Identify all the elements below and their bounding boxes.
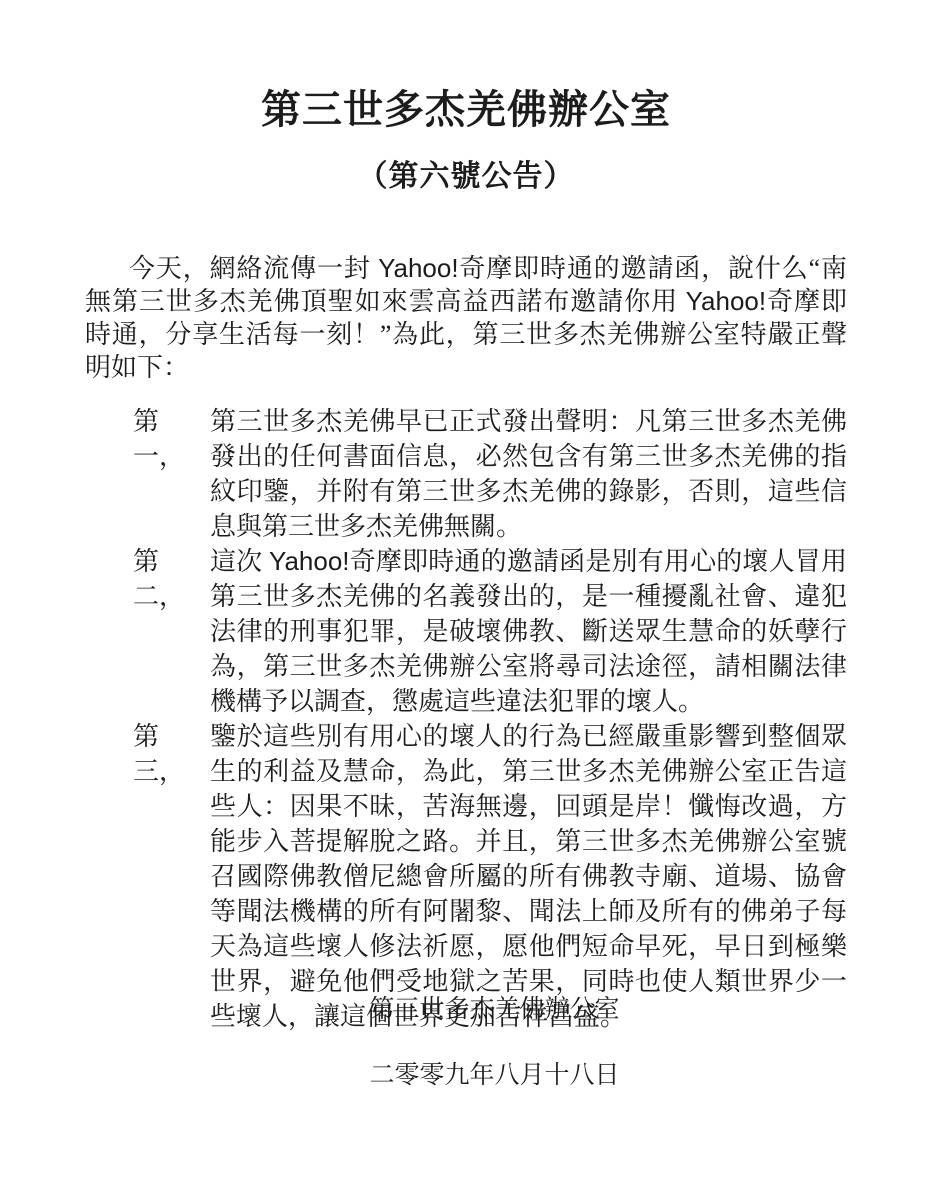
statement-item-3-label: 第三， (133, 719, 210, 1034)
document-title: 第三世多杰羌佛辦公室 (85, 88, 847, 132)
signature: 第三世多杰羌佛辦公室 (0, 993, 927, 1026)
document-footer: 第三世多杰羌佛辦公室 二零零九年八月十八日 (0, 993, 927, 1092)
document-subtitle: （第六號公告） (85, 160, 847, 194)
statement-item-3-text: 鑒於這些別有用心的壞人的行為已經嚴重影響到整個眾生的利益及慧命，為此，第三世多杰… (210, 719, 847, 1034)
date: 二零零九年八月十八日 (0, 1059, 927, 1092)
statement-item-1: 第一， 第三世多杰羌佛早已正式發出聲明：凡第三世多杰羌佛發出的任何書面信息，必然… (133, 404, 847, 544)
statement-item-2-label: 第二， (133, 544, 210, 719)
statement-item-2-text: 這次 Yahoo!奇摩即時通的邀請函是別有用心的壞人冒用第三世多杰羌佛的名義發出… (210, 544, 847, 719)
statement-item-3: 第三， 鑒於這些別有用心的壞人的行為已經嚴重影響到整個眾生的利益及慧命，為此，第… (133, 719, 847, 1034)
document-page: 第三世多杰羌佛辦公室 （第六號公告） 今天，網絡流傳一封 Yahoo!奇摩即時通… (0, 0, 927, 1200)
statement-item-2: 第二， 這次 Yahoo!奇摩即時通的邀請函是別有用心的壞人冒用第三世多杰羌佛的… (133, 544, 847, 719)
statement-item-1-text: 第三世多杰羌佛早已正式發出聲明：凡第三世多杰羌佛發出的任何書面信息，必然包含有第… (210, 404, 847, 544)
intro-paragraph: 今天，網絡流傳一封 Yahoo!奇摩即時通的邀請函，說什么“南無第三世多杰羌佛頂… (85, 252, 847, 384)
statement-item-1-label: 第一， (133, 404, 210, 544)
statement-list: 第一， 第三世多杰羌佛早已正式發出聲明：凡第三世多杰羌佛發出的任何書面信息，必然… (85, 404, 847, 1034)
